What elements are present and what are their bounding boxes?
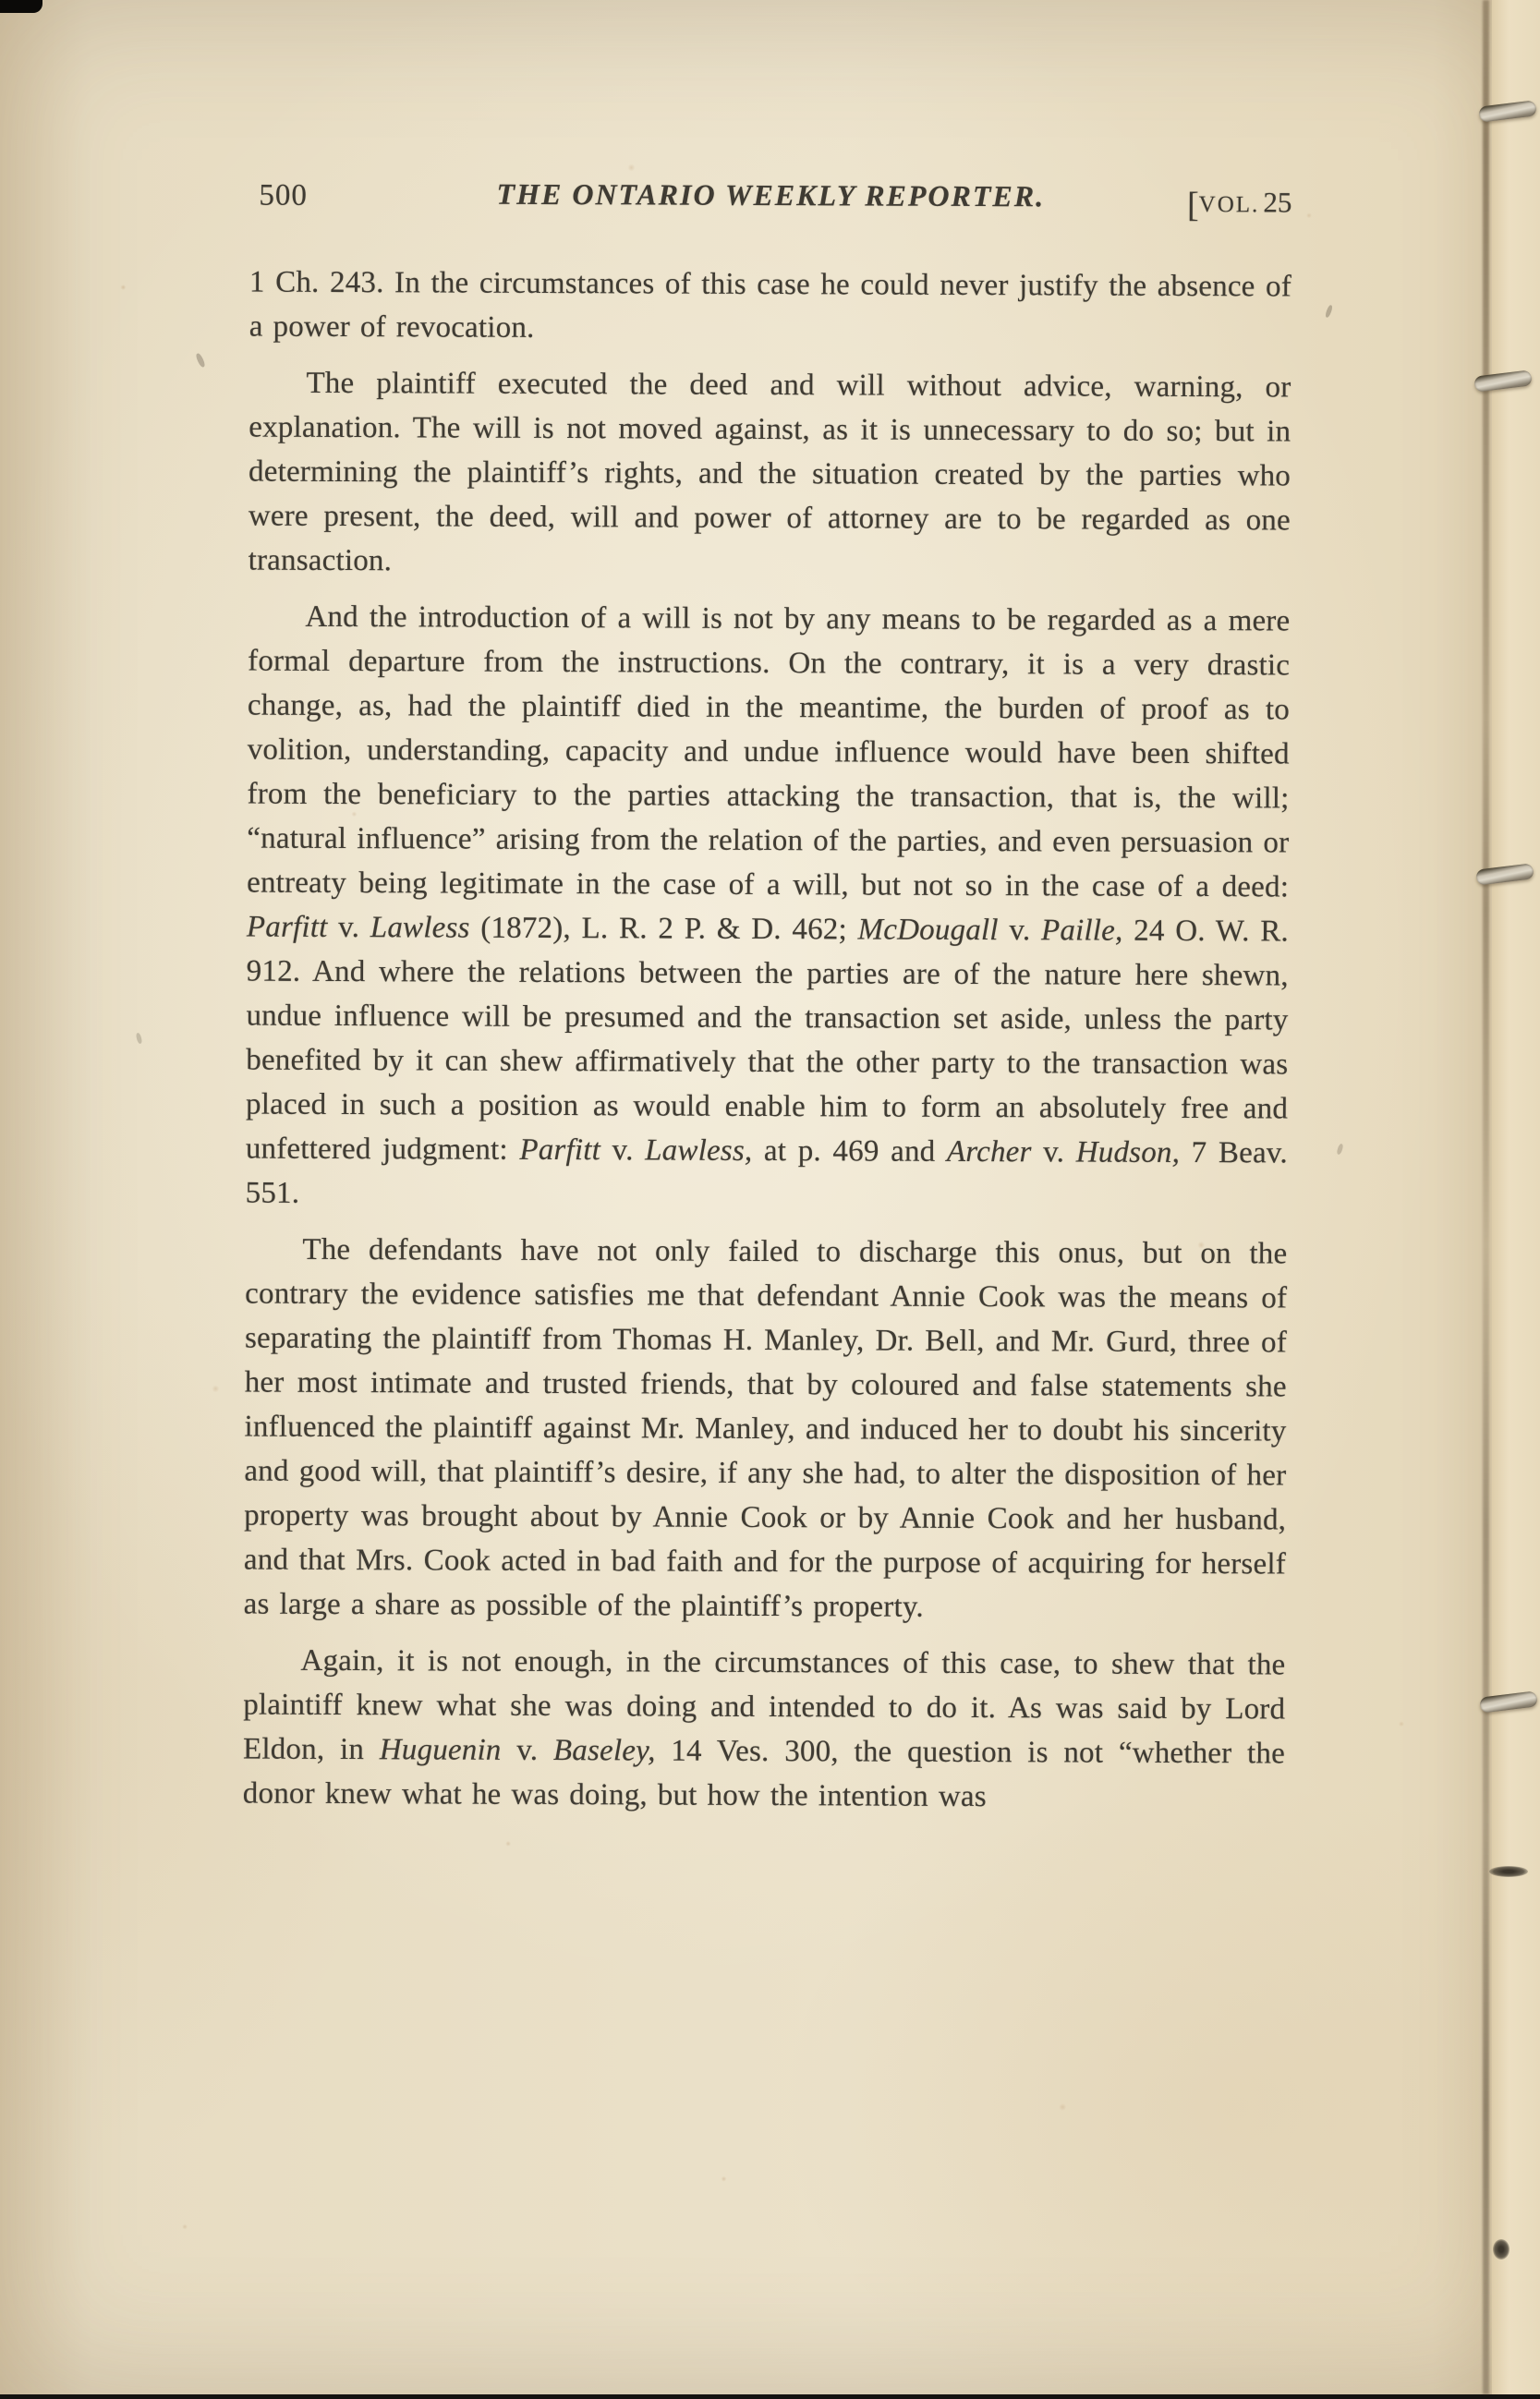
text-run: 1 Ch. 243. In the circumstances of this … [249, 266, 1291, 345]
paragraph: Again, it is not enough, in the circumst… [243, 1639, 1286, 1821]
case-citation: Parfitt [519, 1133, 600, 1167]
paragraph: 1 Ch. 243. In the circumstances of this … [249, 260, 1291, 354]
text-run: v. [600, 1133, 645, 1167]
page-number: 500 [259, 179, 308, 213]
volume-label: [VOL. 25 [1187, 185, 1291, 225]
text-run: And the introduction of a will is not by… [247, 600, 1290, 904]
text-run: v. [327, 911, 370, 944]
text-run: The defendants have not only failed to d… [244, 1233, 1288, 1624]
running-title: THE ONTARIO WEEKLY REPORTER. [249, 176, 1291, 215]
case-citation: McDougall [858, 913, 999, 947]
case-citation: Archer [947, 1135, 1032, 1169]
case-citation: Baseley, [553, 1734, 656, 1767]
case-citation: Lawless, [645, 1133, 752, 1168]
case-citation: Huguenin [380, 1733, 502, 1767]
page-content: 500 THE ONTARIO WEEKLY REPORTER. [VOL. 2… [0, 0, 1540, 2394]
volume-bracket: [ [1187, 186, 1199, 224]
text-run: (1872), L. R. 2 P. & D. 462; [470, 912, 858, 947]
paragraph: The plaintiff executed the deed and will… [249, 361, 1291, 588]
text-run: v. [1032, 1135, 1076, 1169]
case-citation: Paille, [1041, 914, 1123, 947]
page-body: 1 Ch. 243. In the circumstances of this … [243, 260, 1291, 1833]
page-header: 500 THE ONTARIO WEEKLY REPORTER. [VOL. 2… [249, 176, 1291, 224]
volume-abbrev: VOL. [1199, 192, 1260, 217]
text-run: v. [999, 914, 1042, 947]
volume-number: 25 [1263, 186, 1291, 218]
text-run: 24 O. W. R. 912. And where the relations… [246, 915, 1289, 1167]
text-run: at p. 469 and [752, 1134, 947, 1169]
case-citation: Lawless [370, 911, 470, 944]
case-citation: Parfitt [247, 911, 328, 944]
text-run: The plaintiff executed the deed and will… [249, 367, 1291, 577]
text-run: v. [501, 1734, 553, 1767]
paragraph: The defendants have not only failed to d… [244, 1228, 1288, 1631]
scanned-page: 500 THE ONTARIO WEEKLY REPORTER. [VOL. 2… [0, 0, 1540, 2394]
paragraph: And the introduction of a will is not by… [246, 595, 1291, 1220]
case-citation: Hudson, [1076, 1135, 1180, 1169]
